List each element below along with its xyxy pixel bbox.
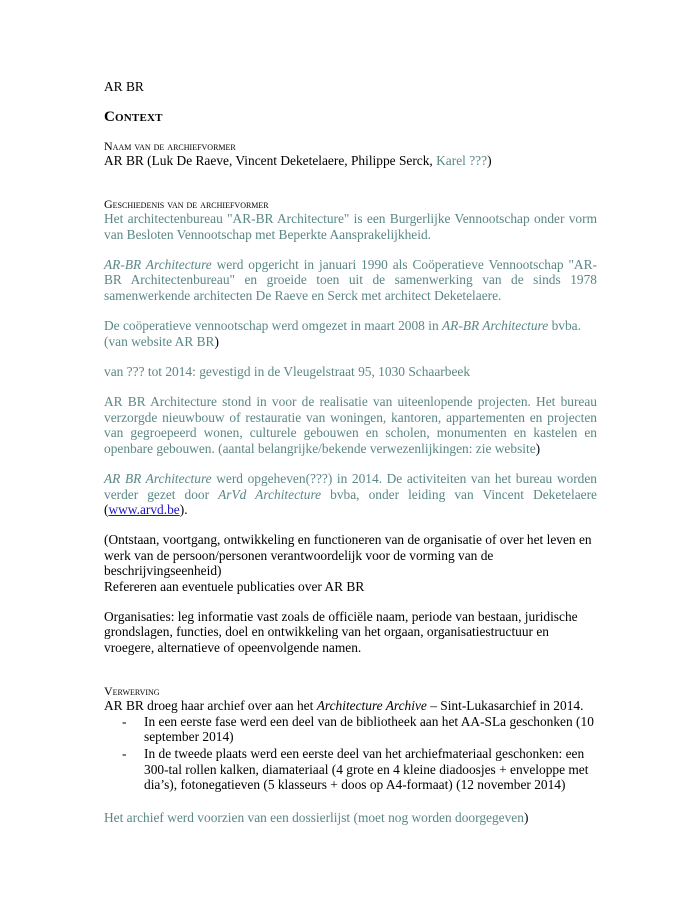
naam-text: AR BR (Luk De Raeve, Vincent Deketelaere… — [104, 153, 597, 168]
geschiedenis-p1: Het architectenbureau "AR-BR Architectur… — [104, 211, 597, 242]
geschiedenis-p8: Organisaties: leg informatie vast zoals … — [104, 609, 597, 655]
geschiedenis-label: Geschiedenis van de archiefvormer — [104, 198, 597, 211]
geschiedenis-p7: (Ontstaan, voortgang, ontwikkeling en fu… — [104, 532, 597, 594]
list-item: In een eerste fase werd een deel van de … — [144, 714, 597, 745]
document-title: AR BR — [104, 79, 597, 94]
list-item: In de tweede plaats werd een eerste deel… — [144, 746, 597, 792]
geschiedenis-section: Geschiedenis van de archiefvormer Het ar… — [104, 198, 597, 655]
verwerving-section: Verwerving AR BR droeg haar archief over… — [104, 685, 597, 825]
geschiedenis-p2: AR-BR Architecture werd opgericht in jan… — [104, 257, 597, 303]
document-page: AR BR Context Naam van de archiefvormer … — [104, 79, 597, 825]
geschiedenis-p5: AR BR Architecture stond in voor de real… — [104, 394, 597, 456]
verwerving-closing: Het archief werd voorzien van een dossie… — [104, 810, 597, 825]
verwerving-list: In een eerste fase werd een deel van de … — [104, 714, 597, 793]
geschiedenis-p4: van ??? tot 2014: gevestigd in de Vleuge… — [104, 364, 597, 379]
naam-section: Naam van de archiefvormer AR BR (Luk De … — [104, 140, 597, 168]
naam-label: Naam van de archiefvormer — [104, 140, 597, 153]
geschiedenis-p6: AR BR Architecture werd opgeheven(???) i… — [104, 471, 597, 517]
section-heading-context: Context — [104, 110, 597, 125]
arvd-link[interactable]: www.arvd.be — [108, 502, 179, 517]
verwerving-label: Verwerving — [104, 685, 597, 698]
verwerving-intro: AR BR droeg haar archief over aan het Ar… — [104, 698, 597, 713]
naam-teal: Karel ??? — [436, 153, 487, 168]
geschiedenis-p3: De coöperatieve vennootschap werd omgeze… — [104, 318, 597, 349]
